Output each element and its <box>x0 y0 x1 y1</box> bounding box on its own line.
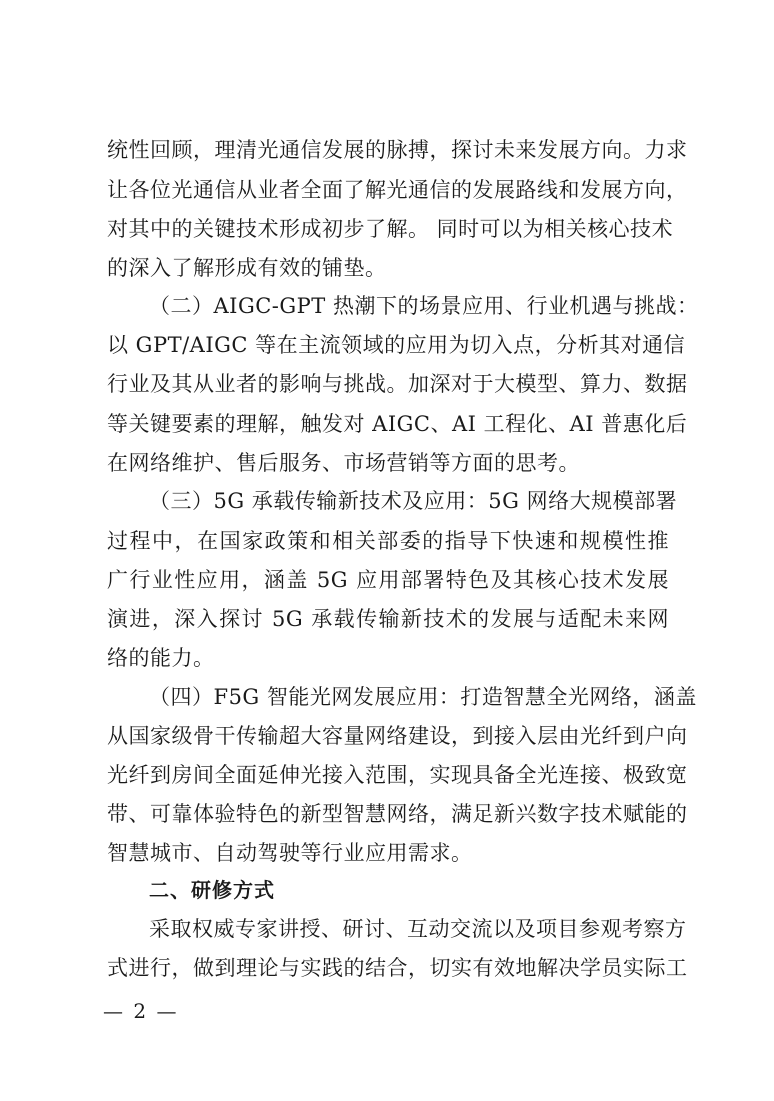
page-number: — 2 — <box>103 997 178 1025</box>
section-heading: 二、研修方式 <box>149 876 275 904</box>
text-line: 采取权威专家讲授、研讨、互动交流以及项目参观考察方 <box>149 915 669 943</box>
text-line: 让各位光通信从业者全面了解光通信的发展路线和发展方向， <box>107 176 669 204</box>
text-line: （二）AIGC-GPT 热潮下的场景应用、行业机遇与挑战： <box>149 292 669 320</box>
text-line: 式进行，做到理论与实践的结合，切实有效地解决学员实际工 <box>107 954 669 982</box>
text-line: 在网络维护、售后服务、市场营销等方面的思考。 <box>107 449 669 477</box>
text-line: 智慧城市、自动驾驶等行业应用需求。 <box>107 839 669 867</box>
text-line: 络的能力。 <box>107 644 669 672</box>
text-line: 过程中，在国家政策和相关部委的指导下快速和规模性推 <box>107 527 669 555</box>
text-line: 带、可靠体验特色的新型智慧网络，满足新兴数字技术赋能的 <box>107 800 669 828</box>
text-line: 等关键要素的理解，触发对 AIGC、AI 工程化、AI 普惠化后 <box>107 410 669 438</box>
text-line: 广行业性应用，涵盖 5G 应用部署特色及其核心技术发展 <box>107 566 669 594</box>
text-line: 以 GPT/AIGC 等在主流领域的应用为切入点，分析其对通信 <box>107 331 669 359</box>
text-line: 对其中的关键技术形成初步了解。 同时可以为相关核心技术 <box>107 215 669 243</box>
document-page: 统性回顾，理清光通信发展的脉搏，探讨未来发展方向。力求 让各位光通信从业者全面了… <box>0 0 774 1101</box>
text-line: 的深入了解形成有效的铺垫。 <box>107 254 669 282</box>
text-line: 从国家级骨干传输超大容量网络建设，到接入层由光纤到户向 <box>107 722 669 750</box>
text-line: （四）F5G 智能光网发展应用：打造智慧全光网络，涵盖 <box>149 683 669 711</box>
text-line: 光纤到房间全面延伸光接入范围，实现具备全光连接、极致宽 <box>107 761 669 789</box>
text-line: 演进，深入探讨 5G 承载传输新技术的发展与适配未来网 <box>107 605 669 633</box>
text-line: （三）5G 承载传输新技术及应用：5G 网络大规模部署 <box>149 487 669 515</box>
text-line: 行业及其从业者的影响与挑战。加深对于大模型、算力、数据 <box>107 370 669 398</box>
text-line: 统性回顾，理清光通信发展的脉搏，探讨未来发展方向。力求 <box>107 136 669 164</box>
